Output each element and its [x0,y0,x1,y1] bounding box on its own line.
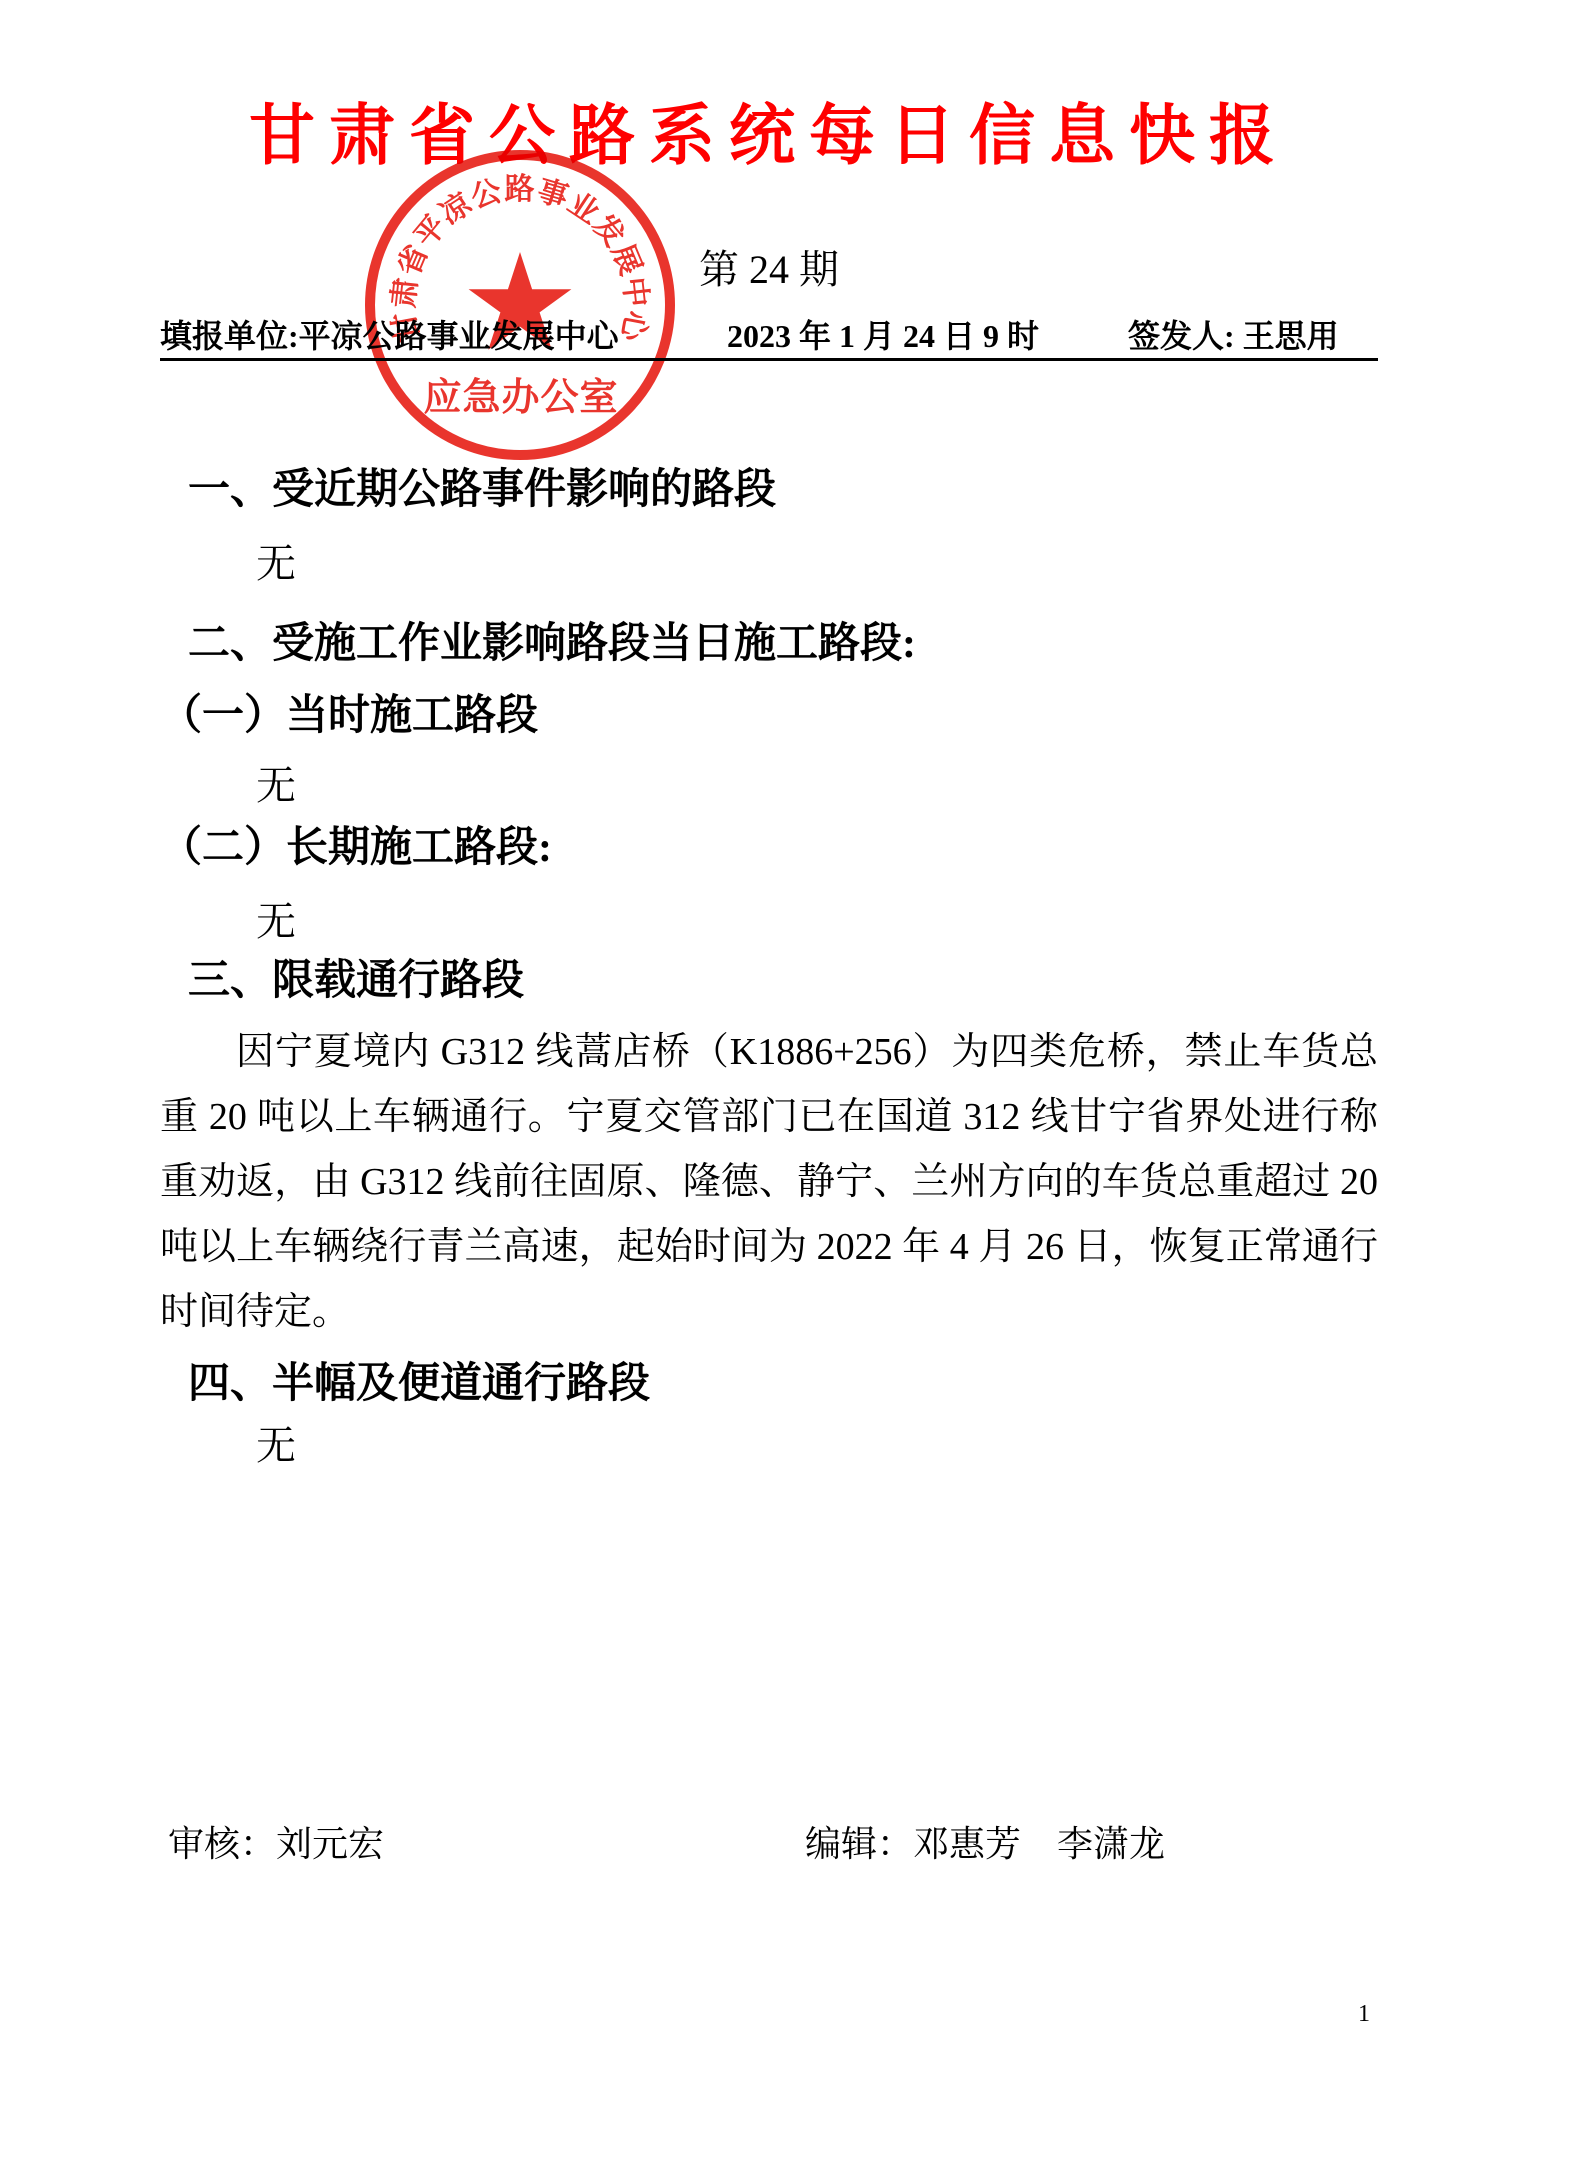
signer: 签发人: 王思用 [1128,318,1339,354]
section-1-none: 无 [160,541,1378,587]
section-2-2-none: 无 [160,899,1378,945]
section-1-heading: 一、受近期公路事件影响的路段 [160,467,1378,513]
section-4-none: 无 [160,1423,1378,1469]
section-2-2-heading: （二）长期施工路段: [160,825,1378,871]
section-3-paragraph: 因宁夏境内 G312 线蒿店桥（K1886+256）为四类危桥，禁止车货总重 2… [160,1020,1378,1345]
document-page: 甘肃省公路系统每日信息快报 第 24 期 填报单位:平凉公路事业发展中心 202… [0,0,1587,2166]
stamp-bottom-text: 应急办公室 [423,377,618,419]
section-4-heading: 四、半幅及便道通行路段 [160,1361,1378,1407]
meta-row: 填报单位:平凉公路事业发展中心 2023 年 1 月 24 日 9 时 签发人:… [160,318,1378,361]
document-content: 甘肃省公路系统每日信息快报 第 24 期 填报单位:平凉公路事业发展中心 202… [160,0,1378,1469]
editor-credit: 编辑：邓惠芳 李潇龙 [805,1822,1165,1866]
official-stamp: 甘肃省平凉公路事业发展中心 应急办公室 [355,140,685,470]
stamp-star-icon [469,252,572,350]
page-title: 甘肃省公路系统每日信息快报 [160,104,1378,170]
issue-number: 第 24 期 [160,246,1378,294]
reviewer-credit: 审核：刘元宏 [168,1822,384,1866]
section-2-1-heading: （一）当时施工路段 [160,693,1378,739]
section-2-1-none: 无 [160,763,1378,809]
section-2-heading: 二、受施工作业影响路段当日施工路段: [160,621,1378,667]
report-datetime: 2023 年 1 月 24 日 9 时 [727,318,1039,354]
section-3-heading: 三、限载通行路段 [160,958,1378,1004]
page-number: 1 [1358,2000,1370,2028]
